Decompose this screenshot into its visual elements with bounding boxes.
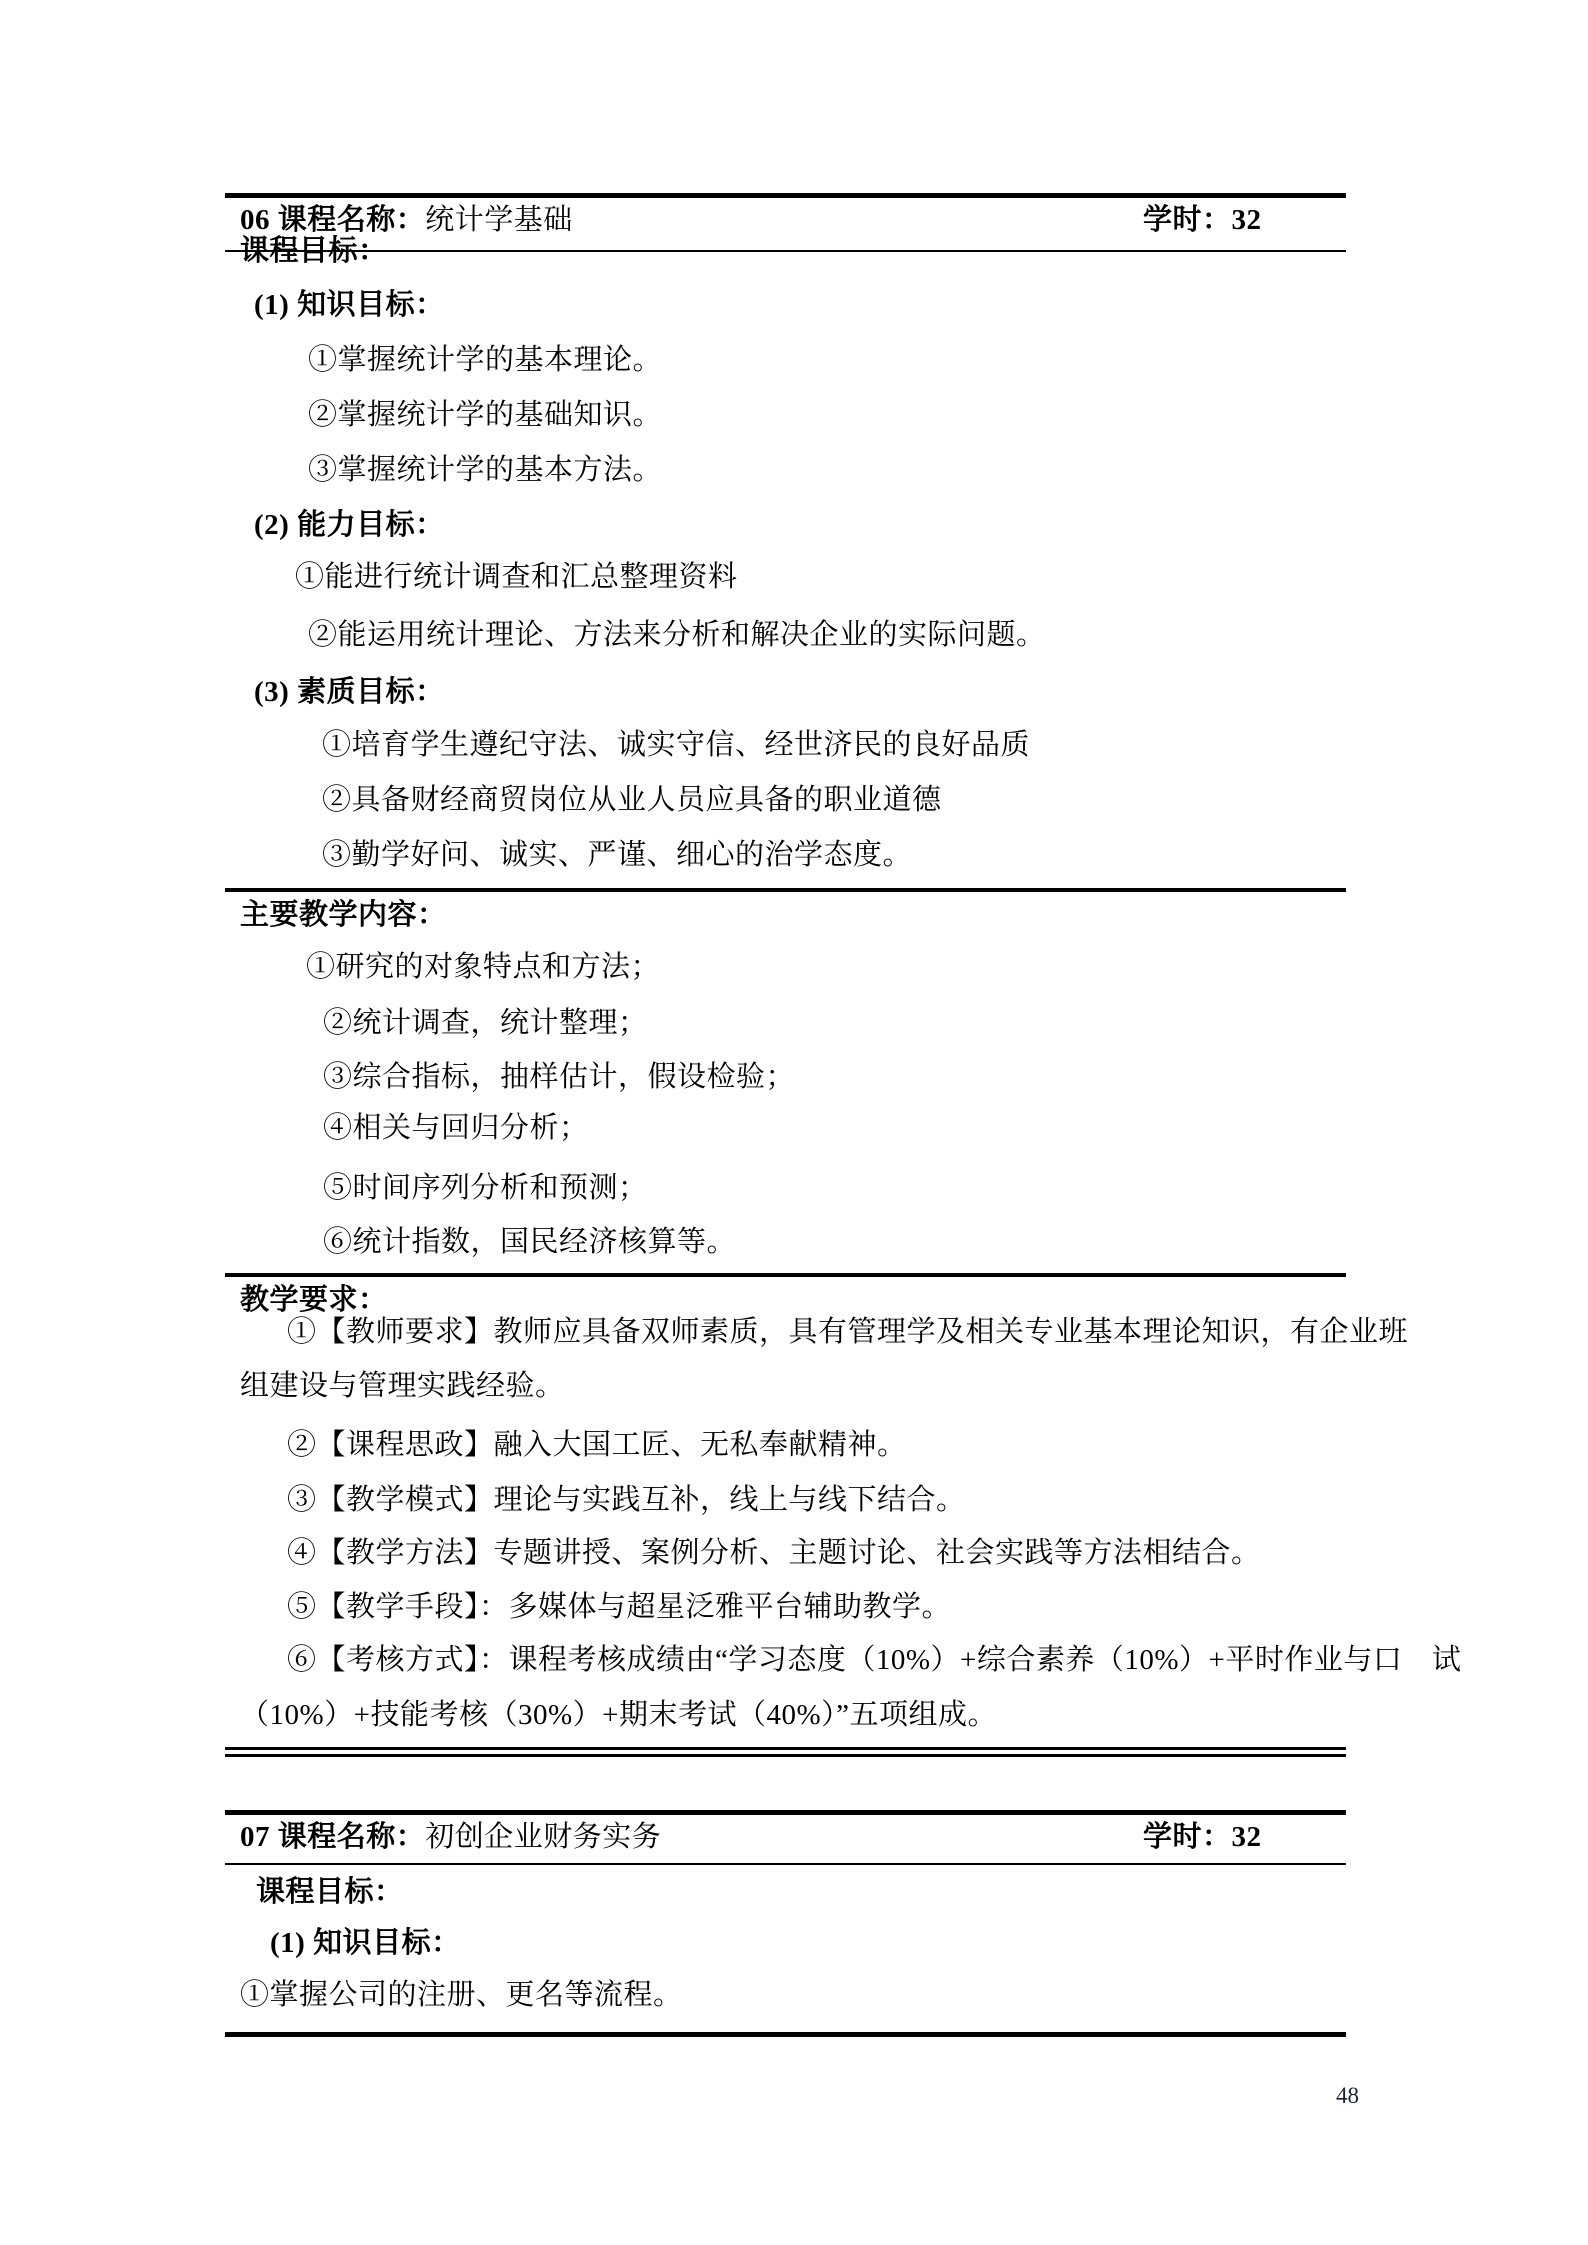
course06-ability-heading: (2) 能力目标： bbox=[254, 508, 445, 543]
document-page: 06 课程名称：统计学基础 学时：32 课程目标： (1) 知识目标： ①掌握统… bbox=[0, 0, 1588, 2245]
course07-goals-heading: 课程目标： bbox=[256, 1875, 404, 1910]
requirement-line: ④【教学方法】专题讲授、案例分析、主题讨论、社会实践等方法相结合。 bbox=[287, 1536, 1261, 1571]
course07-header: 07 课程名称：初创企业财务实务 bbox=[240, 1820, 661, 1855]
list-item: ①能进行统计调查和汇总整理资料 bbox=[295, 560, 738, 595]
course06-title: 统计学基础 bbox=[425, 204, 573, 236]
course06-hours: 学时：32 bbox=[1143, 203, 1262, 238]
course06-code-label: 06 课程名称： bbox=[240, 204, 425, 236]
rule-bottom bbox=[225, 2032, 1346, 2037]
course07-hours: 学时：32 bbox=[1143, 1820, 1262, 1855]
list-item: ⑤时间序列分析和预测； bbox=[323, 1171, 648, 1206]
requirement-line: 组建设与管理实践经验。 bbox=[240, 1369, 565, 1404]
rule-before-content bbox=[225, 888, 1346, 892]
list-item: ①掌握公司的注册、更名等流程。 bbox=[240, 1978, 683, 2013]
list-item: ③掌握统计学的基本方法。 bbox=[308, 453, 662, 488]
list-item: ①掌握统计学的基本理论。 bbox=[308, 343, 662, 378]
rule-before-requirements bbox=[225, 1273, 1346, 1277]
course07-code-label: 07 课程名称： bbox=[240, 1821, 425, 1853]
page-number: 48 bbox=[1336, 2083, 1359, 2109]
rule-double-end-course06 bbox=[225, 1747, 1346, 1757]
list-item: ②统计调查，统计整理； bbox=[323, 1006, 648, 1041]
requirement-line: ②【课程思政】融入大国工匠、无私奉献精神。 bbox=[287, 1428, 907, 1463]
list-item: ②能运用统计理论、方法来分析和解决企业的实际问题。 bbox=[308, 618, 1046, 653]
rule-top-course07 bbox=[225, 1810, 1346, 1815]
list-item: ①研究的对象特点和方法； bbox=[306, 950, 660, 985]
list-item: ①培育学生遵纪守法、诚实守信、经世济民的良好品质 bbox=[322, 728, 1030, 763]
list-item: ③勤学好问、诚实、严谨、细心的治学态度。 bbox=[322, 838, 912, 873]
course07-knowledge-heading: (1) 知识目标： bbox=[270, 1926, 461, 1961]
requirement-line: ①【教师要求】教师应具备双师素质，具有管理学及相关专业基本理论知识，有企业班 bbox=[287, 1315, 1408, 1350]
course06-content-heading: 主要教学内容： bbox=[240, 898, 447, 933]
course06-header: 06 课程名称：统计学基础 bbox=[240, 203, 573, 238]
requirement-line: （10%）+技能考核（30%）+期末考试（40%）”五项组成。 bbox=[240, 1698, 997, 1733]
rule-top-course06 bbox=[225, 193, 1346, 198]
rule-under-header-course07 bbox=[225, 1863, 1346, 1865]
list-item: ⑥统计指数，国民经济核算等。 bbox=[323, 1225, 736, 1260]
list-item: ④相关与回归分析； bbox=[323, 1111, 589, 1146]
course06-requirements-heading: 教学要求： bbox=[240, 1283, 388, 1318]
list-item: ②掌握统计学的基础知识。 bbox=[308, 398, 662, 433]
rule-under-header-course06 bbox=[225, 250, 1346, 252]
requirement-line: ⑥【考核方式】：课程考核成绩由“学习态度（10%）+综合素养（10%）+平时作业… bbox=[287, 1643, 1461, 1678]
requirement-line: ⑤【教学手段】：多媒体与超星泛雅平台辅助教学。 bbox=[287, 1590, 951, 1625]
list-item: ②具备财经商贸岗位从业人员应具备的职业道德 bbox=[322, 783, 942, 818]
requirement-line: ③【教学模式】理论与实践互补，线上与线下结合。 bbox=[287, 1483, 966, 1518]
course06-quality-heading: (3) 素质目标： bbox=[254, 675, 445, 710]
list-item: ③综合指标，抽样估计，假设检验； bbox=[323, 1060, 795, 1095]
course07-title: 初创企业财务实务 bbox=[425, 1821, 661, 1853]
course06-knowledge-heading: (1) 知识目标： bbox=[254, 288, 445, 323]
